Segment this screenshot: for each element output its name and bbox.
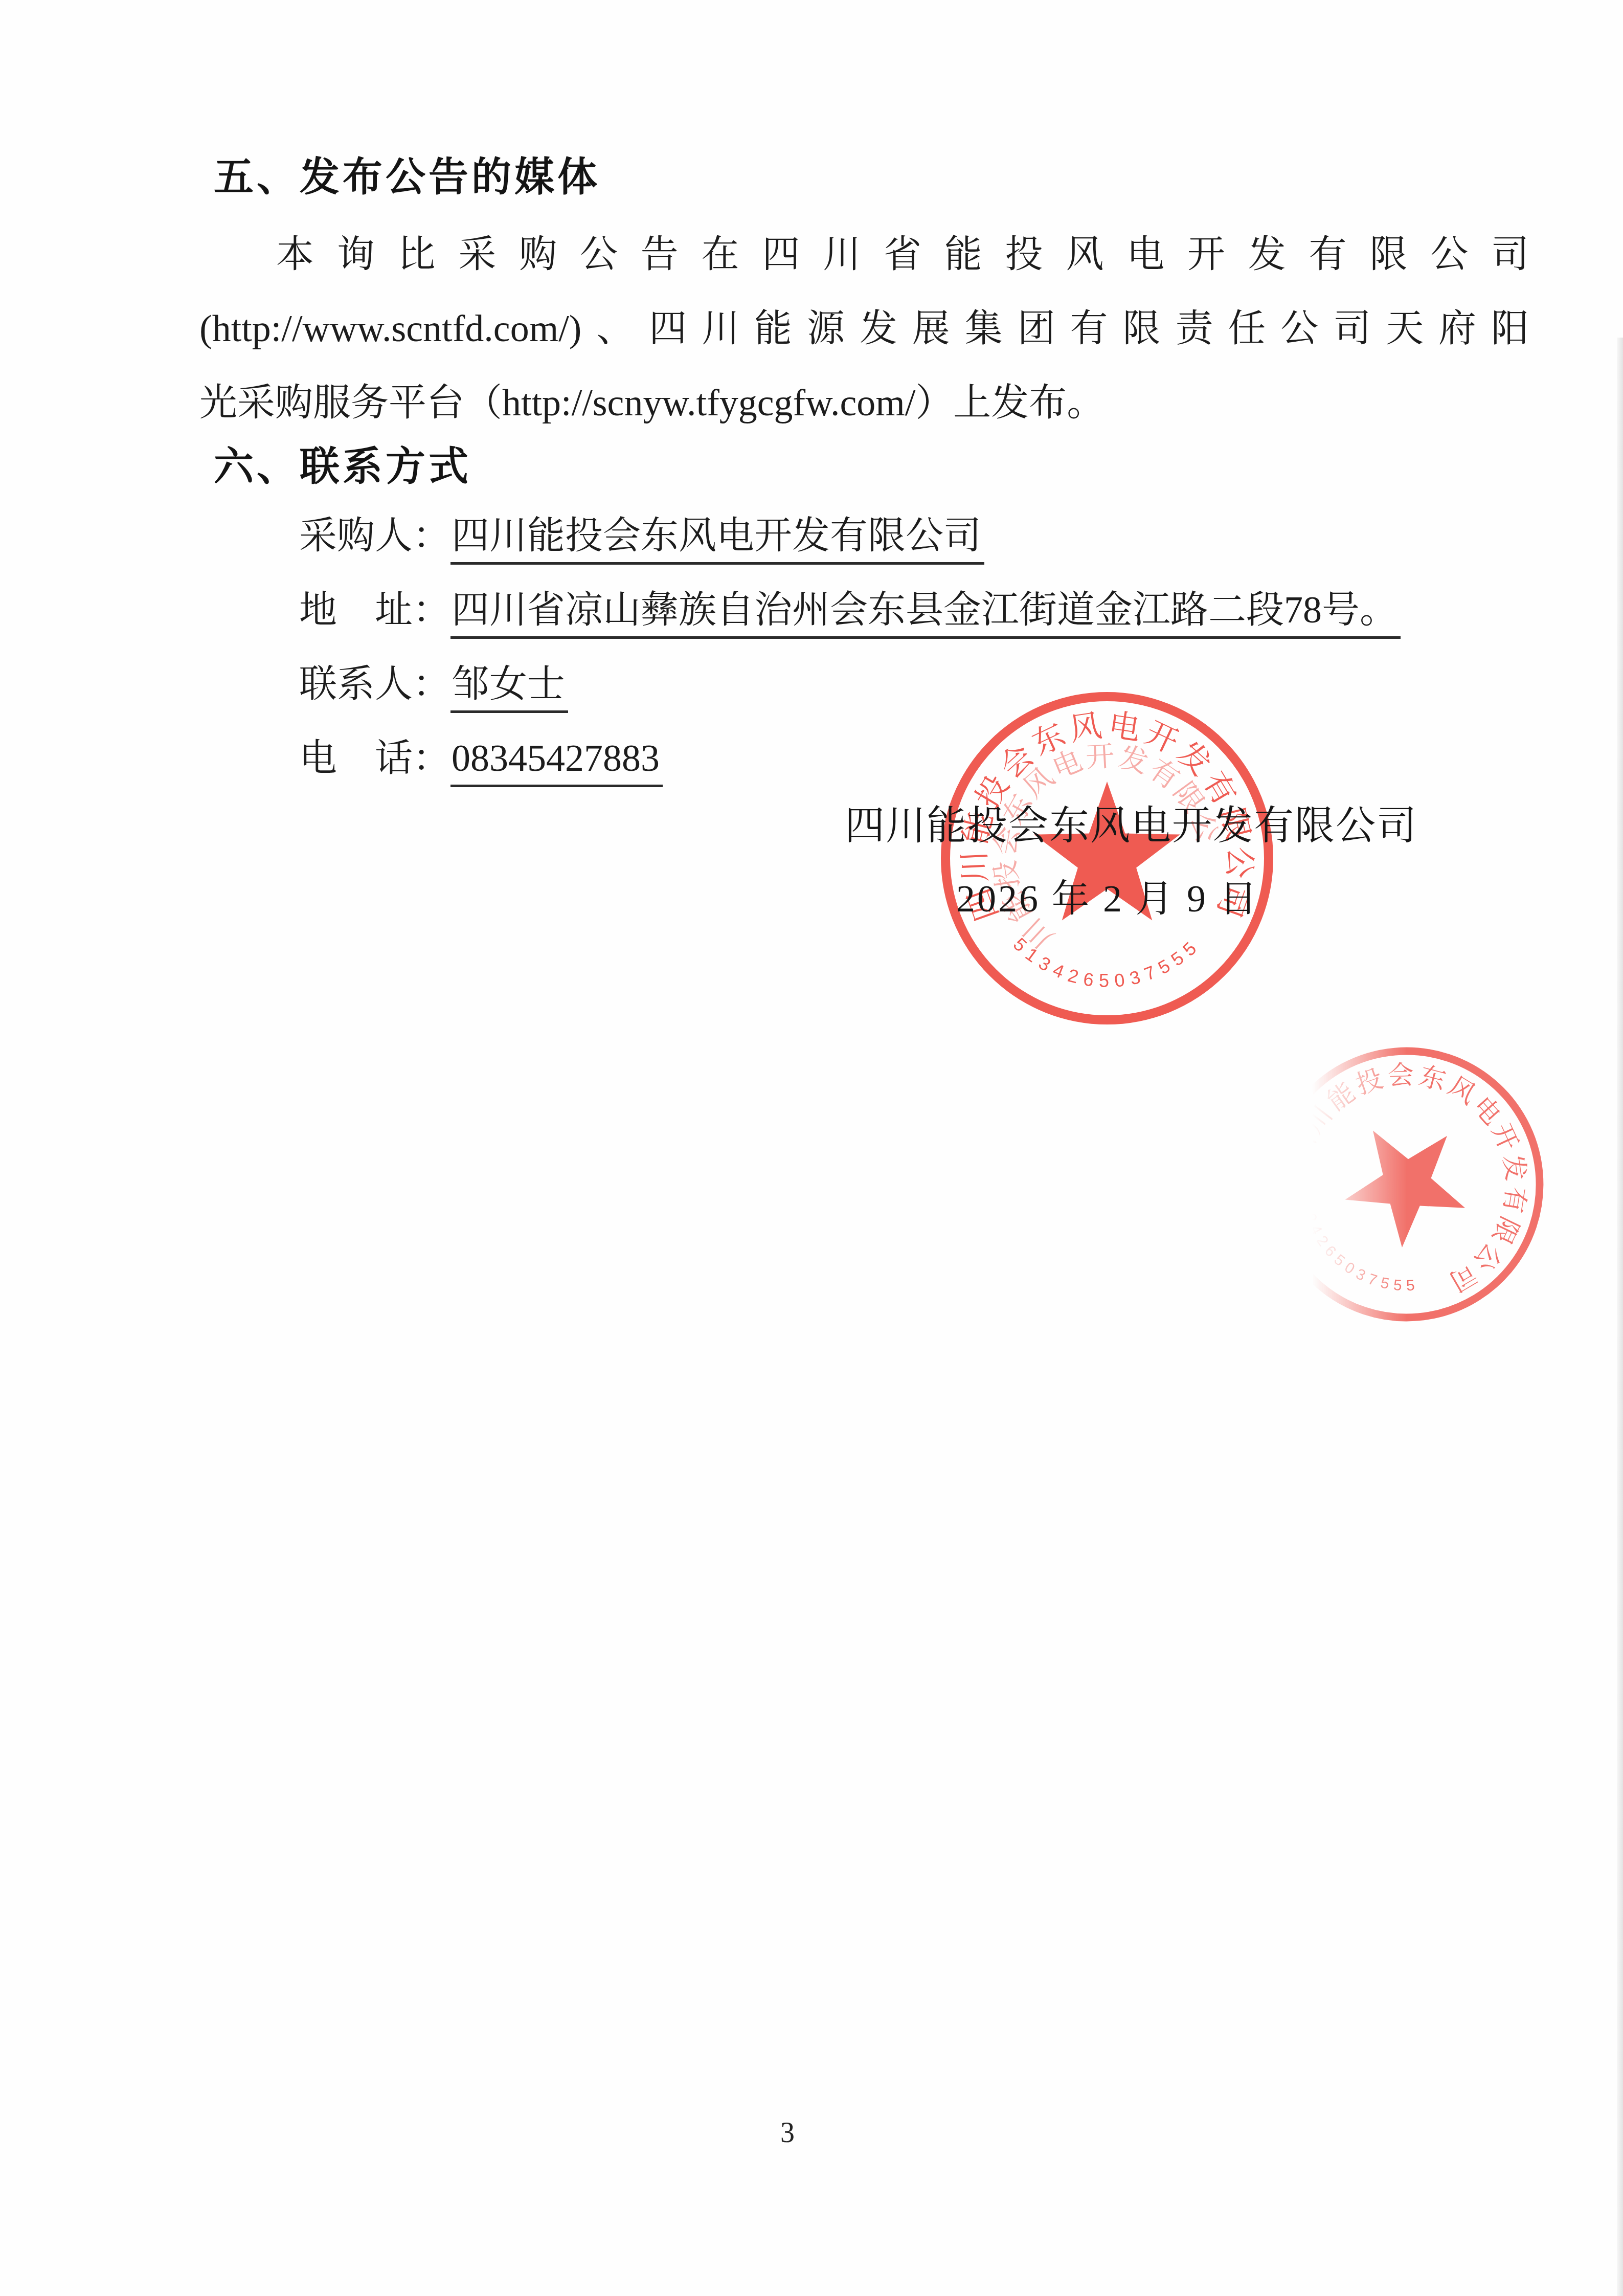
contact-row-address: 地 址：四川省凉山彝族自治州会东县金江街道金江路二段78号。 xyxy=(299,585,1401,636)
contact-label: 联系人： xyxy=(299,663,450,705)
paragraph-line: 本询比采购公告在四川省能投风电开发有限公司 xyxy=(199,229,1529,285)
contact-value: 邹女士 xyxy=(450,663,568,713)
contact-value: 08345427883 xyxy=(450,738,663,787)
section5-heading: 五、发布公告的媒体 xyxy=(214,151,600,203)
contact-row-person: 联系人：邹女士 xyxy=(299,659,568,710)
contact-row-phone: 电 话：08345427883 xyxy=(299,733,663,784)
company-seal-stamp-partial: 四川能投会东风电开发有限公司 5134265037555 xyxy=(1259,1037,1554,1332)
company-seal-stamp: 四川能投会东风电开发有限公司 四川能投会东风电开发有限公司 5134265037… xyxy=(928,679,1286,1037)
page-number: 3 xyxy=(767,2116,808,2149)
contact-value: 四川能投会东风电开发有限公司 xyxy=(450,515,984,565)
contact-label: 地 址： xyxy=(299,589,450,631)
section6-heading: 六、联系方式 xyxy=(214,441,471,492)
contact-row-purchaser: 采购人：四川能投会东风电开发有限公司 xyxy=(299,510,984,562)
contact-value: 四川省凉山彝族自治州会东县金江街道金江路二段78号。 xyxy=(450,589,1401,639)
contact-label: 电 话： xyxy=(299,738,450,779)
contact-label: 采购人： xyxy=(299,515,450,557)
paragraph-line: 光采购服务平台（http://scnyw.tfygcgfw.com/）上发布。 xyxy=(199,377,1529,434)
signature-company: 四川能投会东风电开发有限公司 xyxy=(845,794,1417,851)
signature-date: 2026 年 2 月 9 日 xyxy=(956,868,1259,923)
scan-edge-artifact xyxy=(1617,338,1623,2296)
document-page: 五、发布公告的媒体 本询比采购公告在四川省能投风电开发有限公司 (http://… xyxy=(0,0,1623,2296)
paragraph-line: (http://www.scntfd.com/)、四川能源发展集团有限责任公司天… xyxy=(199,303,1529,360)
seal-star-icon xyxy=(1327,1097,1493,1262)
